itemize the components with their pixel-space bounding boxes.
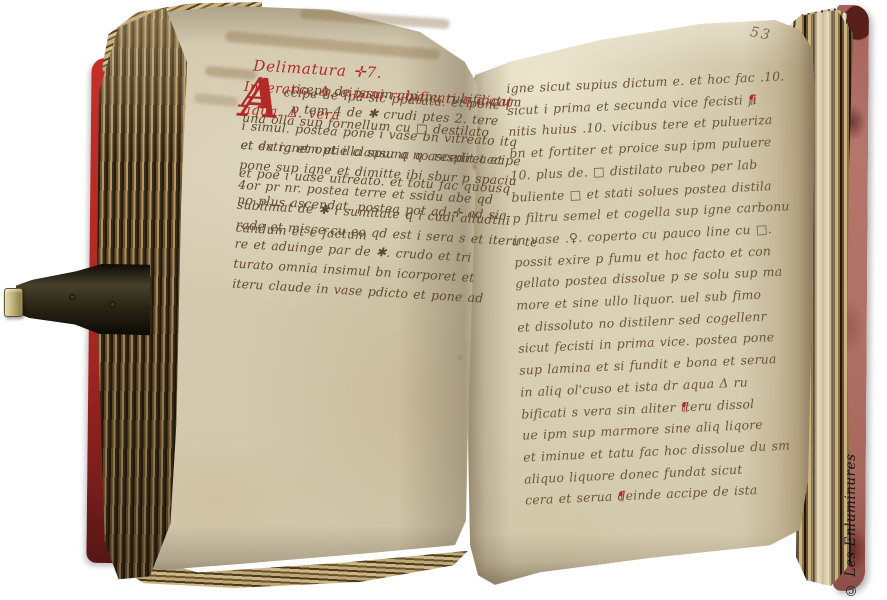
red-paragraph-mark: ¶ <box>680 396 689 418</box>
paragraph-lines: igne sicut supius dictum e. et hoc fac .… <box>506 65 804 511</box>
paragraph-lines: ccepe de issum cipanu rubificatump tem 4… <box>232 76 547 311</box>
red-paragraph-mark: ¶ <box>617 485 626 507</box>
medieval-manuscript-photo: Delimatura ✛7. A ccipe de ipa sic pparat… <box>0 0 887 600</box>
book-clasp-metal-fitting <box>4 288 23 317</box>
book-clasp-strap <box>16 264 150 336</box>
copyright-watermark-text: © Les Enluminures <box>843 462 859 598</box>
copyright-watermark: © Les Enluminures <box>843 462 865 598</box>
red-paragraph-mark: ¶ <box>748 88 757 110</box>
